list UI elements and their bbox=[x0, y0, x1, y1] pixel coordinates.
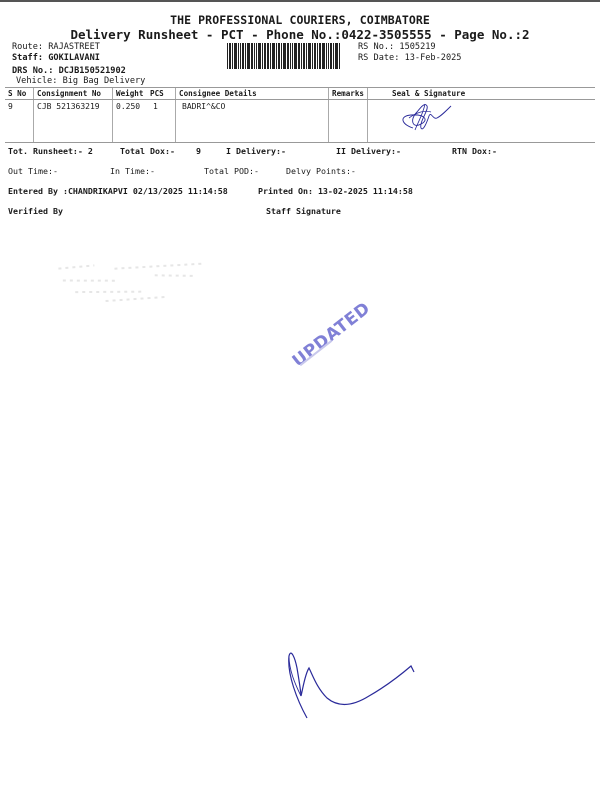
table-header-row: S No Consignment No Weight PCS Consignee… bbox=[5, 88, 595, 100]
total-dox-label: Total Dox:- bbox=[120, 146, 175, 156]
total-runsheet: Tot. Runsheet:- 2 bbox=[8, 146, 93, 156]
staff-signature-label: Staff Signature bbox=[266, 206, 341, 216]
verified-by-label: Verified By bbox=[8, 206, 63, 216]
rs-date-field: RS Date: 13-Feb-2025 bbox=[358, 53, 461, 63]
runsheet-subtitle: Delivery Runsheet - PCT - Phone No.:0422… bbox=[0, 27, 600, 42]
runsheet-table: S No Consignment No Weight PCS Consignee… bbox=[5, 88, 595, 143]
col-remarks: Remarks bbox=[329, 88, 368, 100]
cell-pcs: 1 bbox=[147, 100, 176, 143]
updated-stamp: UPDATED bbox=[289, 298, 375, 371]
faded-marks-icon bbox=[54, 255, 216, 311]
printed-on: Printed On: 13-02-2025 11:14:58 bbox=[258, 186, 413, 196]
vehicle-field: Vehicle: Big Bag Delivery bbox=[16, 76, 145, 86]
col-consignment-no: Consignment No bbox=[34, 88, 113, 100]
total-pod: Total POD:- bbox=[204, 166, 259, 176]
total-dox-value: 9 bbox=[196, 146, 201, 156]
table-row: 9 CJB 521363219 0.250 1 BADRI^&CO bbox=[5, 100, 595, 143]
first-delivery: I Delivery:- bbox=[226, 146, 286, 156]
cell-remarks bbox=[329, 100, 368, 143]
second-delivery: II Delivery:- bbox=[336, 146, 401, 156]
barcode-icon bbox=[227, 43, 352, 69]
col-consignee-details: Consignee Details bbox=[176, 88, 329, 100]
page-top-border bbox=[0, 0, 600, 2]
drs-number-field: DRS No.: DCJB150521902 bbox=[12, 66, 126, 76]
delivery-points: Delvy Points:- bbox=[286, 166, 356, 176]
cell-s-no: 9 bbox=[5, 100, 34, 143]
out-time: Out Time:- bbox=[8, 166, 58, 176]
cell-consignee: BADRI^&CO bbox=[176, 100, 329, 143]
faded-bleedthrough-text bbox=[54, 255, 216, 313]
staff-field: Staff: GOKILAVANI bbox=[12, 53, 100, 63]
route-field: Route: RAJASTREET bbox=[12, 42, 100, 52]
rs-number-field: RS No.: 1505219 bbox=[358, 42, 436, 52]
cell-weight: 0.250 bbox=[113, 100, 148, 143]
receiver-signature-icon bbox=[391, 98, 461, 134]
col-pcs: PCS bbox=[147, 88, 176, 100]
staff-signature-icon bbox=[283, 648, 418, 720]
company-title: THE PROFESSIONAL COURIERS, COIMBATORE bbox=[0, 13, 600, 27]
cell-consignment-no: CJB 521363219 bbox=[34, 100, 113, 143]
col-s-no: S No bbox=[5, 88, 34, 100]
rtn-dox: RTN Dox:- bbox=[452, 146, 497, 156]
col-weight: Weight bbox=[113, 88, 148, 100]
in-time: In Time:- bbox=[110, 166, 155, 176]
entered-by: Entered By :CHANDRIKAPVI 02/13/2025 11:1… bbox=[8, 186, 228, 196]
cell-seal-signature bbox=[368, 100, 595, 143]
